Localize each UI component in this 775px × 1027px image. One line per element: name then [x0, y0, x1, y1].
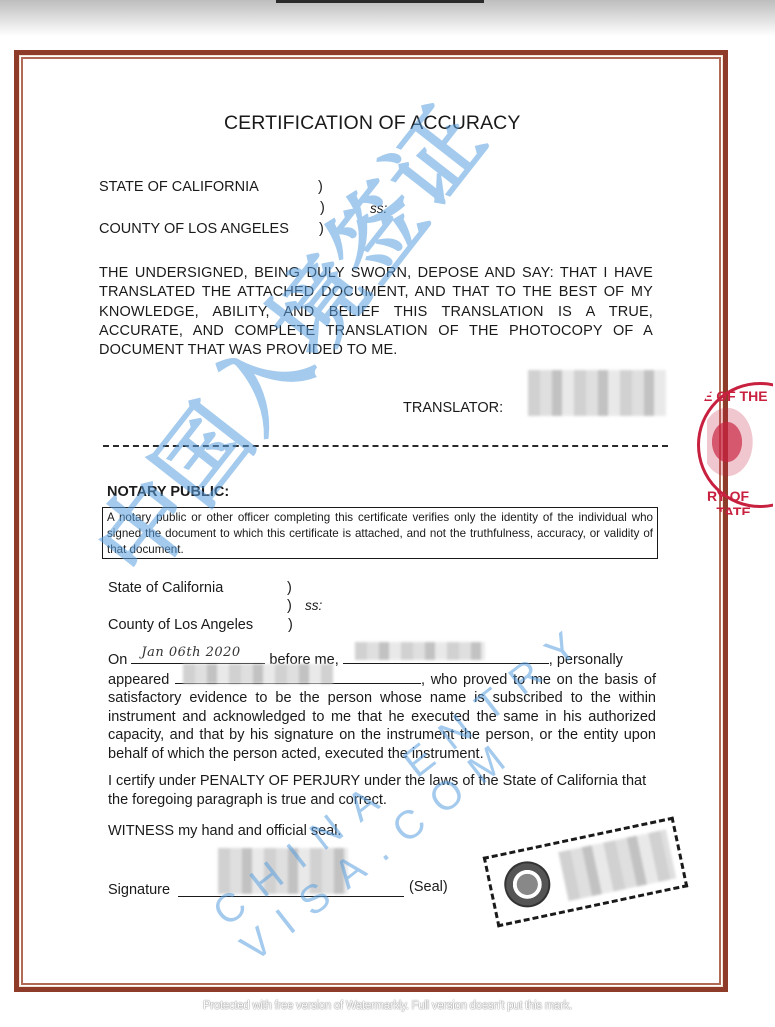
notary-stamp	[483, 817, 689, 928]
notary-name-field	[343, 650, 549, 664]
certificate-page: CERTIFICATION OF ACCURACY STATE OF CALIF…	[0, 0, 775, 1027]
translator-label: TRANSLATOR:	[403, 400, 503, 416]
venue-paren: )	[319, 221, 324, 237]
notary-heading: NOTARY PUBLIC:	[107, 484, 229, 500]
appeared-name-field	[175, 670, 421, 684]
date-handwritten: Jan 06th 2020	[141, 644, 240, 663]
notary-venue-state: State of California	[108, 580, 223, 596]
notary-stamp-redacted	[558, 829, 676, 901]
appeared-label: appeared	[108, 672, 169, 688]
witness-statement: WITNESS my hand and official seal.	[108, 823, 341, 839]
red-seal-text-bottom: RY OF STATE	[707, 488, 773, 515]
proved-text: , who proved to me on the basis of satis…	[108, 672, 656, 762]
venue-ss: ss:	[370, 201, 387, 216]
date-field: Jan 06th 2020	[131, 650, 265, 664]
notary-venue-paren: )	[287, 598, 292, 614]
notary-signature-redacted	[218, 848, 348, 894]
venue-paren: )	[320, 200, 325, 216]
signature-line	[178, 896, 404, 897]
on-label: On	[108, 652, 127, 668]
seal-label: (Seal)	[409, 879, 448, 895]
translator-signature-redacted	[528, 370, 666, 416]
translator-oath: THE UNDERSIGNED, BEING DULY SWORN, DEPOS…	[99, 264, 653, 360]
footer-watermark: Protected with free version of Watermark…	[0, 1000, 775, 1012]
notary-name-redacted	[355, 642, 485, 660]
apostille-red-seal: E OF THE RY OF STATE	[693, 380, 773, 515]
signature-label: Signature	[108, 882, 170, 898]
document-title: CERTIFICATION OF ACCURACY	[224, 112, 520, 135]
red-seal-emblem-icon	[707, 402, 757, 482]
venue-state: STATE OF CALIFORNIA	[99, 179, 259, 195]
venue-county: COUNTY OF LOS ANGELES	[99, 221, 289, 237]
notary-venue-paren: )	[288, 617, 293, 633]
notary-notice-box: A notary public or other officer complet…	[102, 507, 658, 559]
appeared-name-redacted	[183, 664, 333, 684]
perjury-statement: I certify under PENALTY OF PERJURY under…	[108, 772, 656, 810]
red-seal-text-top: E OF THE	[703, 388, 768, 404]
personally-label: , personally	[549, 652, 623, 668]
notary-acknowledgment: On Jan 06th 2020 before me, , personally…	[108, 650, 656, 763]
notary-venue-paren: )	[287, 580, 292, 596]
section-divider	[103, 445, 668, 447]
california-seal-icon	[500, 857, 555, 912]
venue-paren: )	[318, 179, 323, 195]
notary-venue-county: County of Los Angeles	[108, 617, 253, 633]
notary-venue-ss: ss:	[305, 598, 322, 613]
